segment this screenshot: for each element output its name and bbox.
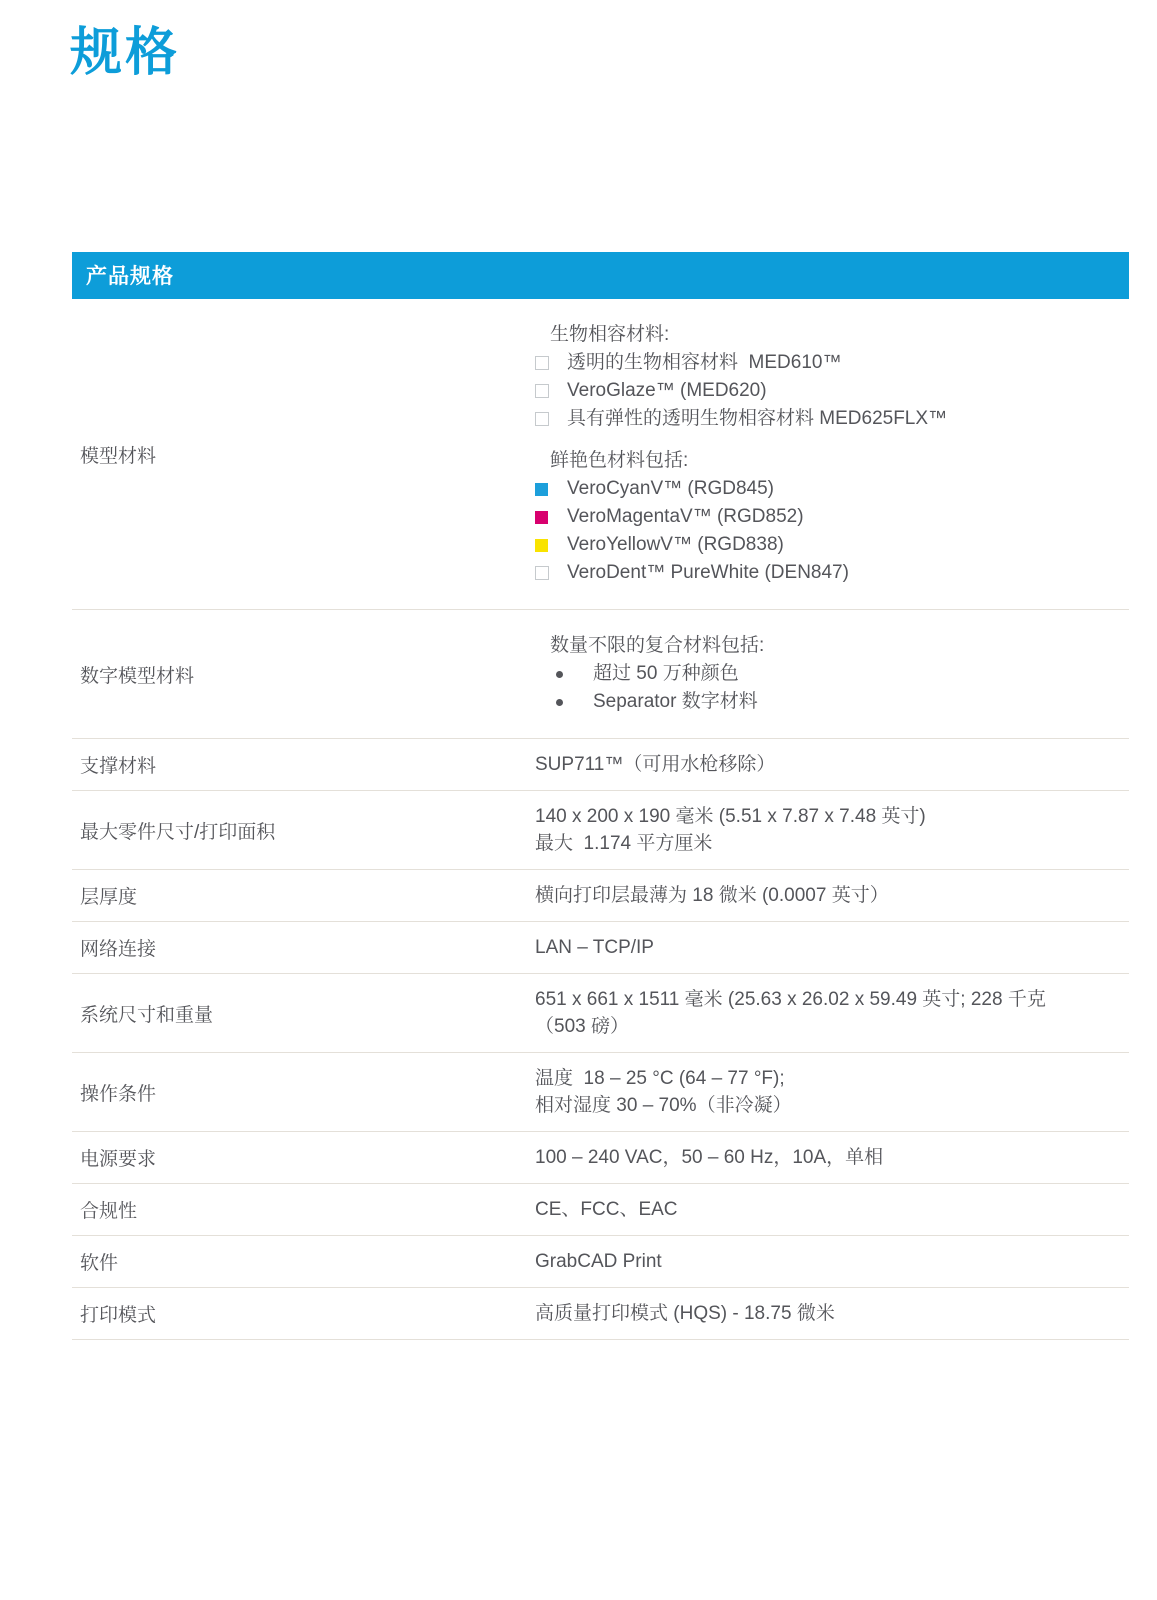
- group-heading: 鲜艳色材料包括:: [535, 447, 1129, 475]
- bullet-dot-icon: [556, 699, 563, 706]
- list-item-text: 透明的生物相容材料 MED610™: [567, 349, 841, 377]
- row-value-line: 最大 1.174 平方厘米: [535, 830, 1129, 857]
- row-value: 生物相容材料:透明的生物相容材料 MED610™VeroGlaze™ (MED6…: [535, 321, 1129, 587]
- list-item-text: VeroGlaze™ (MED620): [567, 377, 767, 405]
- row-value-line: 100 – 240 VAC，50 – 60 Hz，10A，单相: [535, 1144, 1129, 1171]
- cyan-square-icon: [535, 483, 548, 496]
- row-label: 层厚度: [72, 882, 535, 909]
- list-item: 具有弹性的透明生物相容材料 MED625FLX™: [535, 405, 1129, 433]
- spec-row: 最大零件尺寸/打印面积140 x 200 x 190 毫米 (5.51 x 7.…: [72, 791, 1129, 870]
- row-value: 横向打印层最薄为 18 微米 (0.0007 英寸）: [535, 882, 1129, 909]
- checkbox-outline-icon: [535, 412, 549, 426]
- row-value: 高质量打印模式 (HQS) - 18.75 微米: [535, 1300, 1129, 1327]
- list-item: 超过 50 万种颜色: [535, 660, 1129, 688]
- spec-row: 模型材料生物相容材料:透明的生物相容材料 MED610™VeroGlaze™ (…: [72, 299, 1129, 610]
- row-value-line: 高质量打印模式 (HQS) - 18.75 微米: [535, 1300, 1129, 1327]
- list-item-text: VeroCyanV™ (RGD845): [567, 475, 774, 503]
- row-value-line: 温度 18 – 25 °C (64 – 77 °F);: [535, 1065, 1129, 1092]
- row-value: 温度 18 – 25 °C (64 – 77 °F);相对湿度 30 – 70%…: [535, 1065, 1129, 1119]
- table-header-bar: 产品规格: [72, 252, 1129, 299]
- list-item: VeroYellowV™ (RGD838): [535, 531, 1129, 559]
- list-item-text: 超过 50 万种颜色: [593, 660, 739, 688]
- spec-rows-container: 模型材料生物相容材料:透明的生物相容材料 MED610™VeroGlaze™ (…: [72, 299, 1129, 1340]
- list-item: VeroCyanV™ (RGD845): [535, 475, 1129, 503]
- list-item-text: VeroDent™ PureWhite (DEN847): [567, 559, 849, 587]
- row-value: 数量不限的复合材料包括:超过 50 万种颜色Separator 数字材料: [535, 632, 1129, 716]
- spec-row: 软件GrabCAD Print: [72, 1236, 1129, 1288]
- spec-row: 系统尺寸和重量651 x 661 x 1511 毫米 (25.63 x 26.0…: [72, 974, 1129, 1053]
- checkbox-outline-icon: [535, 566, 549, 580]
- row-value: GrabCAD Print: [535, 1248, 1129, 1275]
- yellow-square-icon: [535, 539, 548, 552]
- row-value: SUP711™（可用水枪移除）: [535, 751, 1129, 778]
- list-item: VeroGlaze™ (MED620): [535, 377, 1129, 405]
- table-header-label: 产品规格: [86, 265, 174, 288]
- row-label: 支撑材料: [72, 751, 535, 778]
- spec-row: 数字模型材料数量不限的复合材料包括:超过 50 万种颜色Separator 数字…: [72, 610, 1129, 739]
- row-label: 网络连接: [72, 934, 535, 961]
- list-item-text: VeroMagentaV™ (RGD852): [567, 503, 804, 531]
- row-label: 软件: [72, 1248, 535, 1275]
- list-item-text: VeroYellowV™ (RGD838): [567, 531, 784, 559]
- row-label: 数字模型材料: [72, 661, 535, 688]
- row-value: LAN – TCP/IP: [535, 934, 1129, 961]
- spec-row: 层厚度横向打印层最薄为 18 微米 (0.0007 英寸）: [72, 870, 1129, 922]
- list-item: VeroDent™ PureWhite (DEN847): [535, 559, 1129, 587]
- checkbox-outline-icon: [535, 356, 549, 370]
- row-value: 140 x 200 x 190 毫米 (5.51 x 7.87 x 7.48 英…: [535, 803, 1129, 857]
- list-item: VeroMagentaV™ (RGD852): [535, 503, 1129, 531]
- value-group: 数量不限的复合材料包括:超过 50 万种颜色Separator 数字材料: [535, 632, 1129, 716]
- product-spec-table: 产品规格 模型材料生物相容材料:透明的生物相容材料 MED610™VeroGla…: [72, 252, 1129, 1340]
- row-value-line: GrabCAD Print: [535, 1248, 1129, 1275]
- row-label: 电源要求: [72, 1144, 535, 1171]
- value-group: 生物相容材料:透明的生物相容材料 MED610™VeroGlaze™ (MED6…: [535, 321, 1129, 433]
- list-item-text: Separator 数字材料: [593, 688, 758, 716]
- spec-row: 电源要求100 – 240 VAC，50 – 60 Hz，10A，单相: [72, 1132, 1129, 1184]
- page-title: 规格: [70, 10, 180, 85]
- row-label: 系统尺寸和重量: [72, 1000, 535, 1027]
- row-value-line: （503 磅）: [535, 1013, 1129, 1040]
- row-value-line: SUP711™（可用水枪移除）: [535, 751, 1129, 778]
- magenta-square-icon: [535, 511, 548, 524]
- list-item: Separator 数字材料: [535, 688, 1129, 716]
- row-value-line: 相对湿度 30 – 70%（非冷凝）: [535, 1092, 1129, 1119]
- row-value-line: LAN – TCP/IP: [535, 934, 1129, 961]
- value-group: 鲜艳色材料包括:VeroCyanV™ (RGD845)VeroMagentaV™…: [535, 447, 1129, 587]
- row-value: 651 x 661 x 1511 毫米 (25.63 x 26.02 x 59.…: [535, 986, 1129, 1040]
- spec-row: 操作条件温度 18 – 25 °C (64 – 77 °F);相对湿度 30 –…: [72, 1053, 1129, 1132]
- spec-document-page: 规格 产品规格 模型材料生物相容材料:透明的生物相容材料 MED610™Vero…: [0, 0, 1157, 1600]
- row-value: 100 – 240 VAC，50 – 60 Hz，10A，单相: [535, 1144, 1129, 1171]
- list-item: 透明的生物相容材料 MED610™: [535, 349, 1129, 377]
- row-value-line: 651 x 661 x 1511 毫米 (25.63 x 26.02 x 59.…: [535, 986, 1129, 1013]
- row-label: 打印模式: [72, 1300, 535, 1327]
- spec-row: 支撑材料SUP711™（可用水枪移除）: [72, 739, 1129, 791]
- group-heading: 数量不限的复合材料包括:: [535, 632, 1129, 660]
- bullet-dot-icon: [556, 671, 563, 678]
- spec-row: 合规性CE、FCC、EAC: [72, 1184, 1129, 1236]
- row-label: 操作条件: [72, 1079, 535, 1106]
- row-label: 最大零件尺寸/打印面积: [72, 817, 535, 844]
- row-value-line: 140 x 200 x 190 毫米 (5.51 x 7.87 x 7.48 英…: [535, 803, 1129, 830]
- row-value: CE、FCC、EAC: [535, 1196, 1129, 1223]
- group-heading: 生物相容材料:: [535, 321, 1129, 349]
- row-label: 合规性: [72, 1196, 535, 1223]
- row-value-line: CE、FCC、EAC: [535, 1196, 1129, 1223]
- checkbox-outline-icon: [535, 384, 549, 398]
- row-label: 模型材料: [72, 441, 535, 468]
- spec-row: 网络连接LAN – TCP/IP: [72, 922, 1129, 974]
- row-value-line: 横向打印层最薄为 18 微米 (0.0007 英寸）: [535, 882, 1129, 909]
- spec-row: 打印模式高质量打印模式 (HQS) - 18.75 微米: [72, 1288, 1129, 1340]
- list-item-text: 具有弹性的透明生物相容材料 MED625FLX™: [567, 405, 947, 433]
